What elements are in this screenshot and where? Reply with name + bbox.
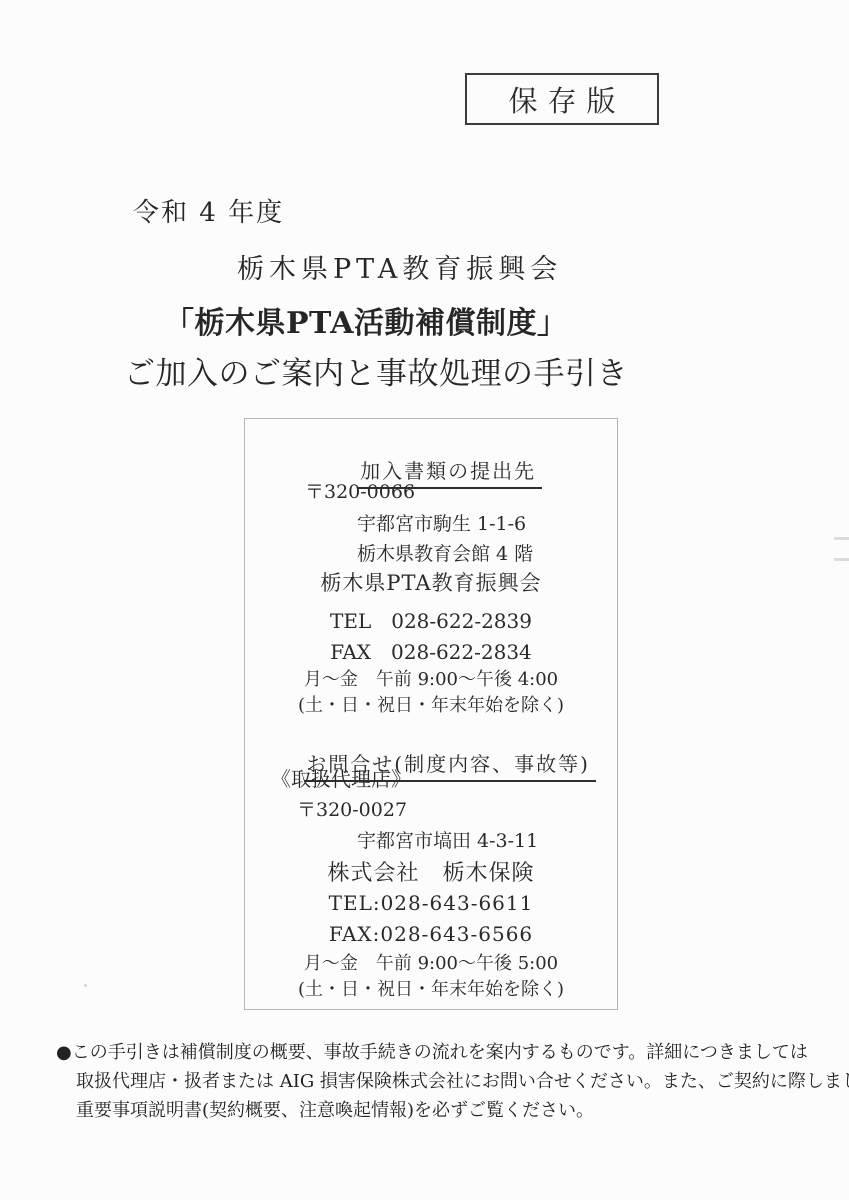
stamp-box: 保存版 <box>465 73 659 125</box>
footer-note-line-1: ●この手引きは補償制度の概要、事故手続きの流れを案内するものです。詳細につきまし… <box>56 1038 816 1067</box>
submission-closed-days: (土・日・祝日・年末年始を除く) <box>245 691 617 717</box>
submission-hours: 月〜金 午前 9:00〜午後 4:00 <box>245 665 617 691</box>
submission-fax: FAX 028-622-2834 <box>245 636 617 665</box>
inquiry-postal-code: 〒320-0027 <box>297 795 407 822</box>
submission-address-line1: 宇都宮市駒生 1-1-6 <box>357 509 526 536</box>
fiscal-year: 令和 4 年度 <box>133 192 284 229</box>
scan-artifact-dash <box>834 558 849 561</box>
inquiry-agency-label: 《取扱代理店》 <box>271 763 411 792</box>
scan-artifact-dash <box>834 537 849 540</box>
submission-address-line2: 栃木県教育会館 4 階 <box>357 539 533 566</box>
stamp-label: 保存版 <box>498 79 625 120</box>
footer-note-line-3: 重要事項説明書(契約概要、注意喚起情報)を必ずご覧ください。 <box>76 1096 816 1125</box>
inquiry-hours: 月〜金 午前 9:00〜午後 5:00 <box>245 949 617 975</box>
submission-postal-code: 〒320-0066 <box>305 477 415 504</box>
inquiry-company: 株式会社 栃木保険 <box>245 856 617 887</box>
scan-artifact-dot <box>84 984 87 987</box>
document-title: 「栃木県PTA活動補償制度」 <box>164 298 568 342</box>
footer-note-line-2: 取扱代理店・扱者または AIG 損害保険株式会社にお問い合せください。また、ご契… <box>76 1067 816 1096</box>
submission-tel: TEL 028-622-2839 <box>245 605 617 634</box>
organization-name: 栃木県PTA教育振興会 <box>237 247 562 286</box>
footer-note: ●この手引きは補償制度の概要、事故手続きの流れを案内するものです。詳細につきまし… <box>56 1038 816 1125</box>
document-page: 保存版 令和 4 年度 栃木県PTA教育振興会 「栃木県PTA活動補償制度」 ご… <box>0 0 849 1200</box>
contact-info-box: 加入書類の提出先 〒320-0066 宇都宮市駒生 1-1-6 栃木県教育会館 … <box>244 418 618 1010</box>
submission-heading-row: 加入書類の提出先 <box>245 431 617 513</box>
submission-organization: 栃木県PTA教育振興会 <box>245 567 617 597</box>
inquiry-fax: FAX:028-643-6566 <box>245 922 617 946</box>
inquiry-closed-days: (土・日・祝日・年末年始を除く) <box>245 975 617 1001</box>
inquiry-tel: TEL:028-643-6611 <box>245 891 617 915</box>
document-subtitle: ご加入のご案内と事故処理の手引き <box>124 348 628 393</box>
inquiry-address: 宇都宮市塙田 4-3-11 <box>357 826 538 853</box>
